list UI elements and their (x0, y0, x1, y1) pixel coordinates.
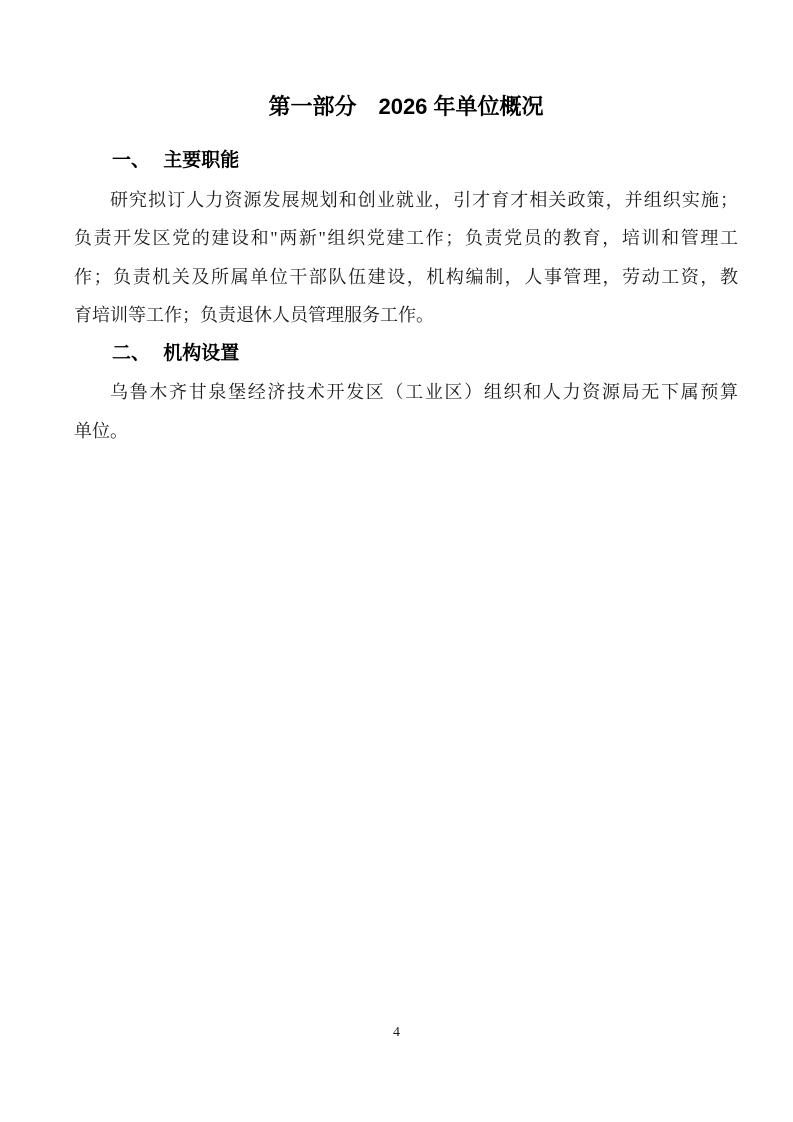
section-1-line-2: 负责开发区党的建设和"两新"组织党建工作；负责党员的教育，培训和管理工 (74, 219, 738, 258)
document-page: 第一部分 2026 年单位概况 一、 主要职能 研究拟订人力资源发展规划和创业就… (0, 0, 793, 1122)
section-2-line-1: 乌鲁木齐甘泉堡经济技术开发区（工业区）组织和人力资源局无下属预算 (74, 373, 738, 412)
page-number: 4 (0, 1024, 793, 1042)
section-2-heading: 二、 机构设置 (74, 335, 738, 374)
document-title: 第一部分 2026 年单位概况 (74, 88, 738, 126)
section-1-heading: 一、 主要职能 (74, 142, 738, 181)
section-main-duties: 一、 主要职能 研究拟订人力资源发展规划和创业就业，引才育才相关政策，并组织实施… (74, 142, 738, 335)
document-content: 第一部分 2026 年单位概况 一、 主要职能 研究拟订人力资源发展规划和创业就… (74, 88, 738, 450)
section-1-line-3: 作；负责机关及所属单位干部队伍建设，机构编制，人事管理，劳动工资，教 (74, 258, 738, 297)
section-2-line-2: 单位。 (74, 412, 738, 451)
section-organization-setup: 二、 机构设置 乌鲁木齐甘泉堡经济技术开发区（工业区）组织和人力资源局无下属预算… (74, 335, 738, 451)
section-1-line-4: 育培训等工作；负责退休人员管理服务工作。 (74, 296, 738, 335)
section-1-line-1: 研究拟订人力资源发展规划和创业就业，引才育才相关政策，并组织实施； (74, 181, 738, 220)
